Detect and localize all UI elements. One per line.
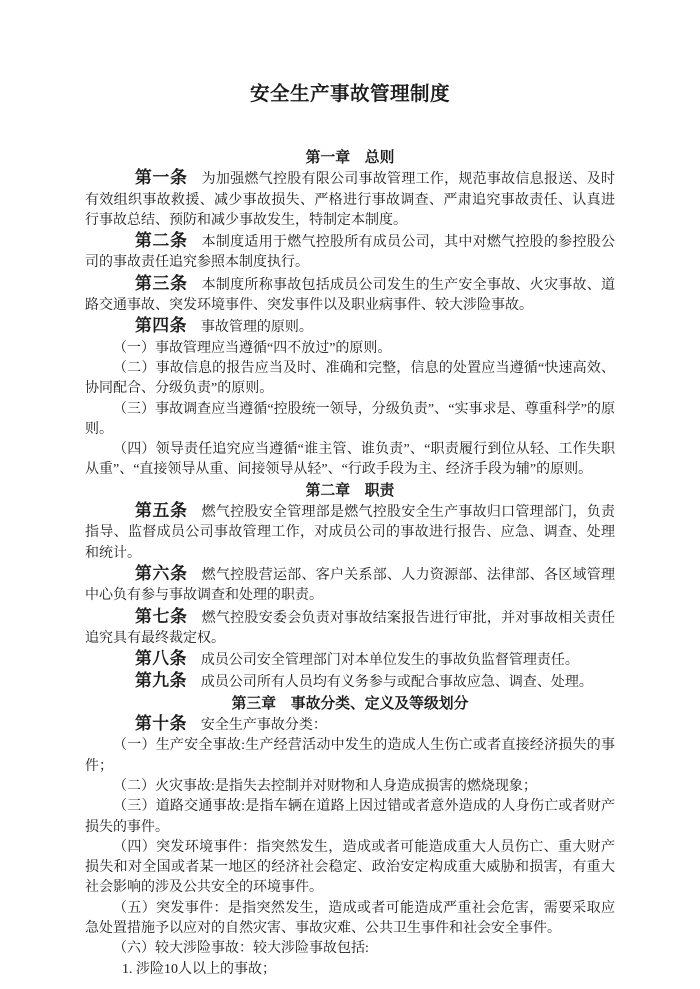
article-label: 第十条 [135,714,187,733]
article-paragraph: 第二条本制度适用于燃气控股所有成员公司，其中对燃气控股的参控股公司的事故责任追究… [85,231,615,274]
article-paragraph: 第十条安全生产事故分类： [85,714,615,736]
article-paragraph: 第八条成员公司安全管理部门对本单位发生的事故负监督管理责任。 [85,649,615,671]
article-label: 第二条 [135,231,188,250]
list-item: （三）道路交通事故:是指车辆在道路上因过错或者意外造成的人身伤亡或者财产损失的事… [85,797,615,838]
list-item: （五）突发事件：是指突然发生，造成或者可能造成严重社会危害，需要采取应急处置措施… [85,899,615,940]
article-paragraph: 第一条为加强燃气控股有限公司事故管理工作，规范事故信息报送、及时有效组织事故救援… [85,168,615,231]
item-text: （二）火灾事故:是指失去控制并对财物和人身造成损害的燃烧现象； [113,779,537,794]
list-item: （二）事故信息的报告应当及时、准确和完整，信息的处置应当遵循“快速高效、协同配合… [85,359,615,400]
article-label: 第四条 [135,316,187,335]
article-label: 第三条 [135,274,188,293]
list-item: （一）事故管理应当遵循“四不放过”的原则。 [85,339,615,359]
article-label: 第一条 [135,168,188,187]
article-label: 第六条 [135,564,188,583]
item-text: （四）突发环境事件：指突然发生，造成或者可能造成重大人员伤亡、重大财产损失和对全… [85,840,615,896]
item-text: （三）道路交通事故:是指车辆在道路上因过错或者意外造成的人身伤亡或者财产损失的事… [85,799,615,834]
item-text: （二）事故信息的报告应当及时、准确和完整，信息的处置应当遵循“快速高效、协同配合… [85,361,615,396]
item-text: （三）事故调查应当遵循“控股统一领导，分级负责”、“实事求是、尊重科学”的原则。 [85,402,615,437]
article-paragraph: 第五条燃气控股安全管理部是燃气控股安全生产事故归口管理部门，负责指导、监督成员公… [85,501,615,564]
item-text: （五）突发事件：是指突然发生，造成或者可能造成严重社会危害，需要采取应急处置措施… [85,901,615,936]
article-label: 第九条 [135,671,187,690]
list-item: （二）火灾事故:是指失去控制并对财物和人身造成损害的燃烧现象； [85,777,615,797]
list-item: （一）生产安全事故:生产经营活动中发生的造成人生伤亡或者直接经济损失的事件； [85,736,615,777]
document-page: 安全生产事故管理制度 第一章 总则第一条为加强燃气控股有限公司事故管理工作，规范… [0,0,700,989]
article-text: 事故管理的原则。 [201,320,313,335]
list-item: （四）领导责任追究应当遵循“谁主管、谁负责”、“职责履行到位从轻、工作失职从重”… [85,440,615,481]
article-text: 安全生产事故分类： [201,718,327,733]
chapter-heading: 第一章 总则 [85,148,615,168]
article-paragraph: 第四条事故管理的原则。 [85,316,615,338]
document-title: 安全生产事故管理制度 [85,83,615,107]
chapter-heading: 第二章 职责 [85,481,615,501]
article-text: 成员公司所有人员均有义务参与或配合事故应急、调查、处理。 [201,675,593,690]
list-item: （三）事故调查应当遵循“控股统一领导，分级负责”、“实事求是、尊重科学”的原则。 [85,400,615,441]
item-text: 1. 涉险10人以上的事故； [122,962,276,977]
item-text: （一）生产安全事故:生产经营活动中发生的造成人生伤亡或者直接经济损失的事件； [85,738,615,773]
sub-list-item: 1. 涉险10人以上的事故； [85,960,615,980]
article-paragraph: 第七条燃气控股安委会负责对事故结案报告进行审批，并对事故相关责任追究具有最终裁定… [85,607,615,650]
chapter-heading: 第三章 事故分类、定义及等级划分 [85,694,615,714]
article-label: 第七条 [135,607,188,626]
document-content: 第一章 总则第一条为加强燃气控股有限公司事故管理工作，规范事故信息报送、及时有效… [85,148,615,980]
article-text: 成员公司安全管理部门对本单位发生的事故负监督管理责任。 [201,653,579,668]
article-label: 第五条 [135,501,188,520]
article-paragraph: 第九条成员公司所有人员均有义务参与或配合事故应急、调查、处理。 [85,671,615,693]
list-item: （六）较大涉险事故：较大涉险事故包括: [85,939,615,959]
article-paragraph: 第三条本制度所称事故包括成员公司发生的生产安全事故、火灾事故、道路交通事故、突发… [85,274,615,317]
item-text: （一）事故管理应当遵循“四不放过”的原则。 [113,341,391,356]
article-label: 第八条 [135,649,187,668]
list-item: （四）突发环境事件：指突然发生，造成或者可能造成重大人员伤亡、重大财产损失和对全… [85,838,615,899]
article-paragraph: 第六条燃气控股营运部、客户关系部、人力资源部、法律部、各区域管理中心负有参与事故… [85,564,615,607]
item-text: （四）领导责任追究应当遵循“谁主管、谁负责”、“职责履行到位从轻、工作失职从重”… [85,442,615,477]
item-text: （六）较大涉险事故：较大涉险事故包括: [113,941,369,956]
